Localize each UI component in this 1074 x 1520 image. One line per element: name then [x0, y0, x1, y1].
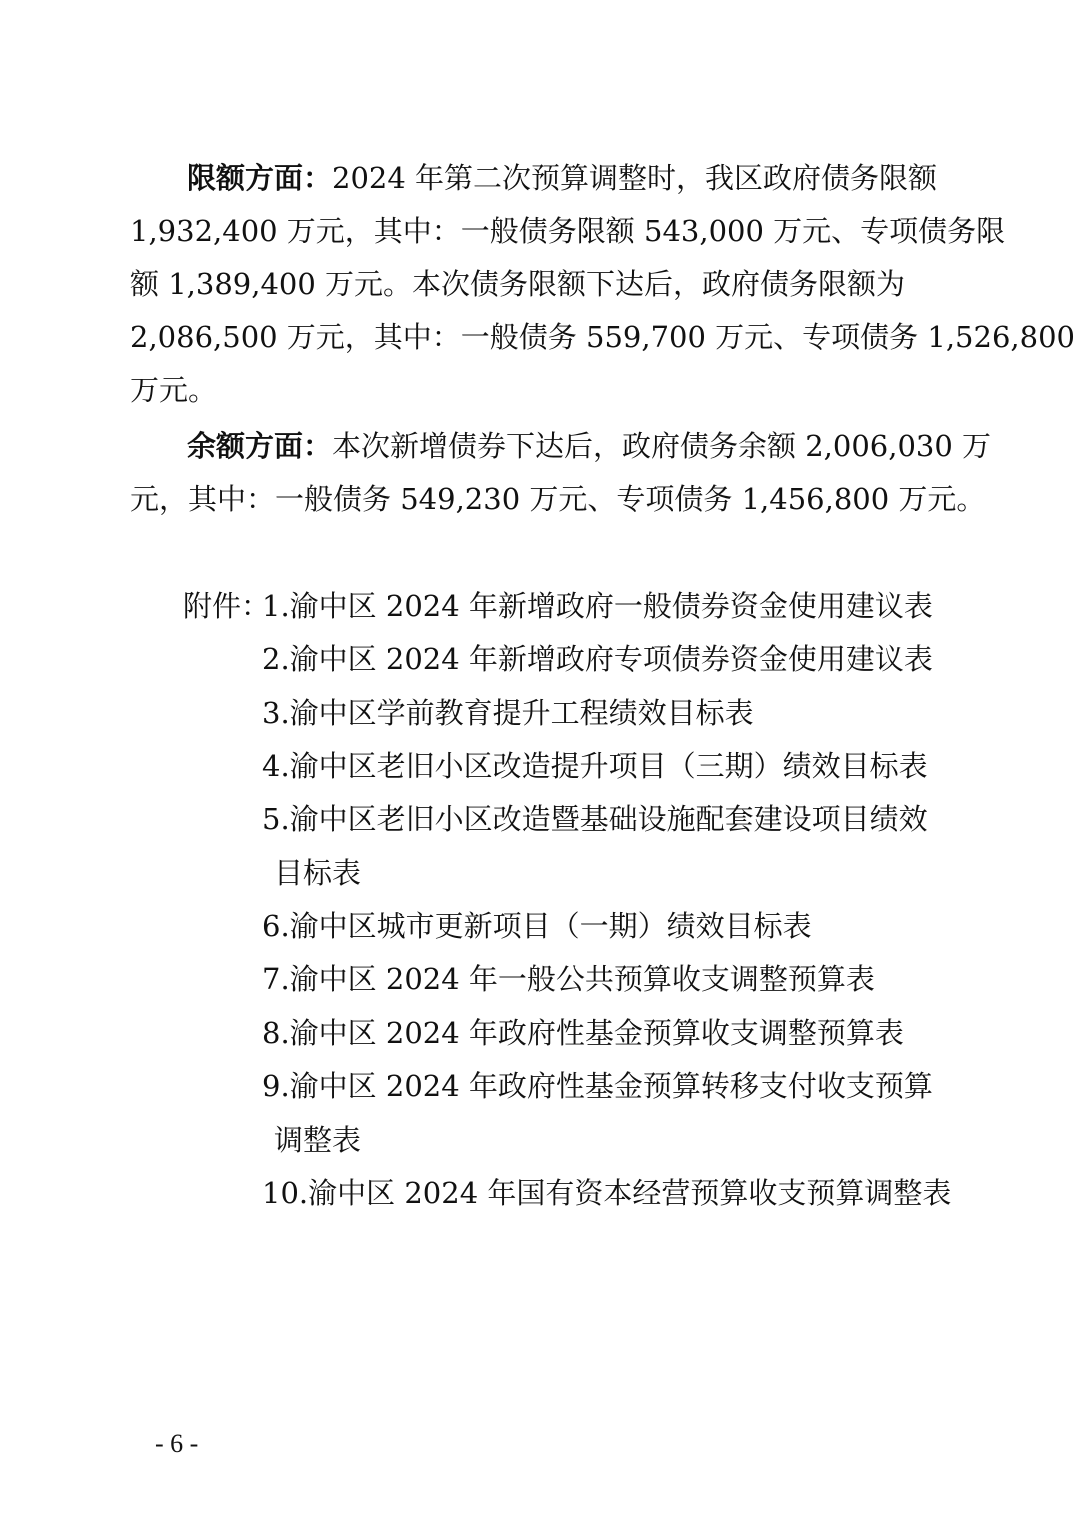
limit-line-1: 限额方面：2024 年第二次预算调整时，我区政府债务限额: [187, 160, 937, 196]
limit-line-4: 2,086,500 万元，其中：一般债务 559,700 万元、专项债务 1,5…: [130, 319, 1074, 355]
attachment-item-8: 8.渝中区 2024 年政府性基金预算收支调整预算表: [262, 1015, 904, 1051]
attachment-item-9-cont: 调整表: [274, 1122, 361, 1158]
attachment-item-5: 5.渝中区老旧小区改造暨基础设施配套建设项目绩效: [262, 801, 928, 837]
attachment-item-2: 2.渝中区 2024 年新增政府专项债券资金使用建议表: [262, 641, 933, 677]
balance-line-1: 余额方面：本次新增债券下达后，政府债务余额 2,006,030 万: [187, 428, 991, 464]
attachment-item-3: 3.渝中区学前教育提升工程绩效目标表: [262, 695, 754, 731]
balance-heading: 余额方面：: [187, 429, 332, 463]
attachments-label: 附件：: [183, 588, 270, 624]
limit-line-2: 1,932,400 万元，其中：一般债务限额 543,000 万元、专项债务限: [130, 213, 1005, 249]
limit-heading: 限额方面：: [187, 161, 332, 195]
attachment-item-5-cont: 目标表: [274, 855, 361, 891]
balance-line-2: 元，其中：一般债务 549,230 万元、专项债务 1,456,800 万元。: [130, 481, 985, 517]
attachment-item-7: 7.渝中区 2024 年一般公共预算收支调整预算表: [262, 961, 875, 997]
page-number: - 6 -: [155, 1428, 198, 1460]
limit-line-5: 万元。: [130, 372, 217, 408]
attachment-item-4: 4.渝中区老旧小区改造提升项目（三期）绩效目标表: [262, 748, 928, 784]
attachment-item-10: 10.渝中区 2024 年国有资本经营预算收支预算调整表: [262, 1175, 951, 1211]
attachment-item-6: 6.渝中区城市更新项目（一期）绩效目标表: [262, 908, 812, 944]
attachment-item-9: 9.渝中区 2024 年政府性基金预算转移支付收支预算: [262, 1068, 933, 1104]
limit-line-3: 额 1,389,400 万元。本次债务限额下达后，政府债务限额为: [130, 266, 905, 302]
attachment-item-1: 1.渝中区 2024 年新增政府一般债券资金使用建议表: [262, 588, 933, 624]
